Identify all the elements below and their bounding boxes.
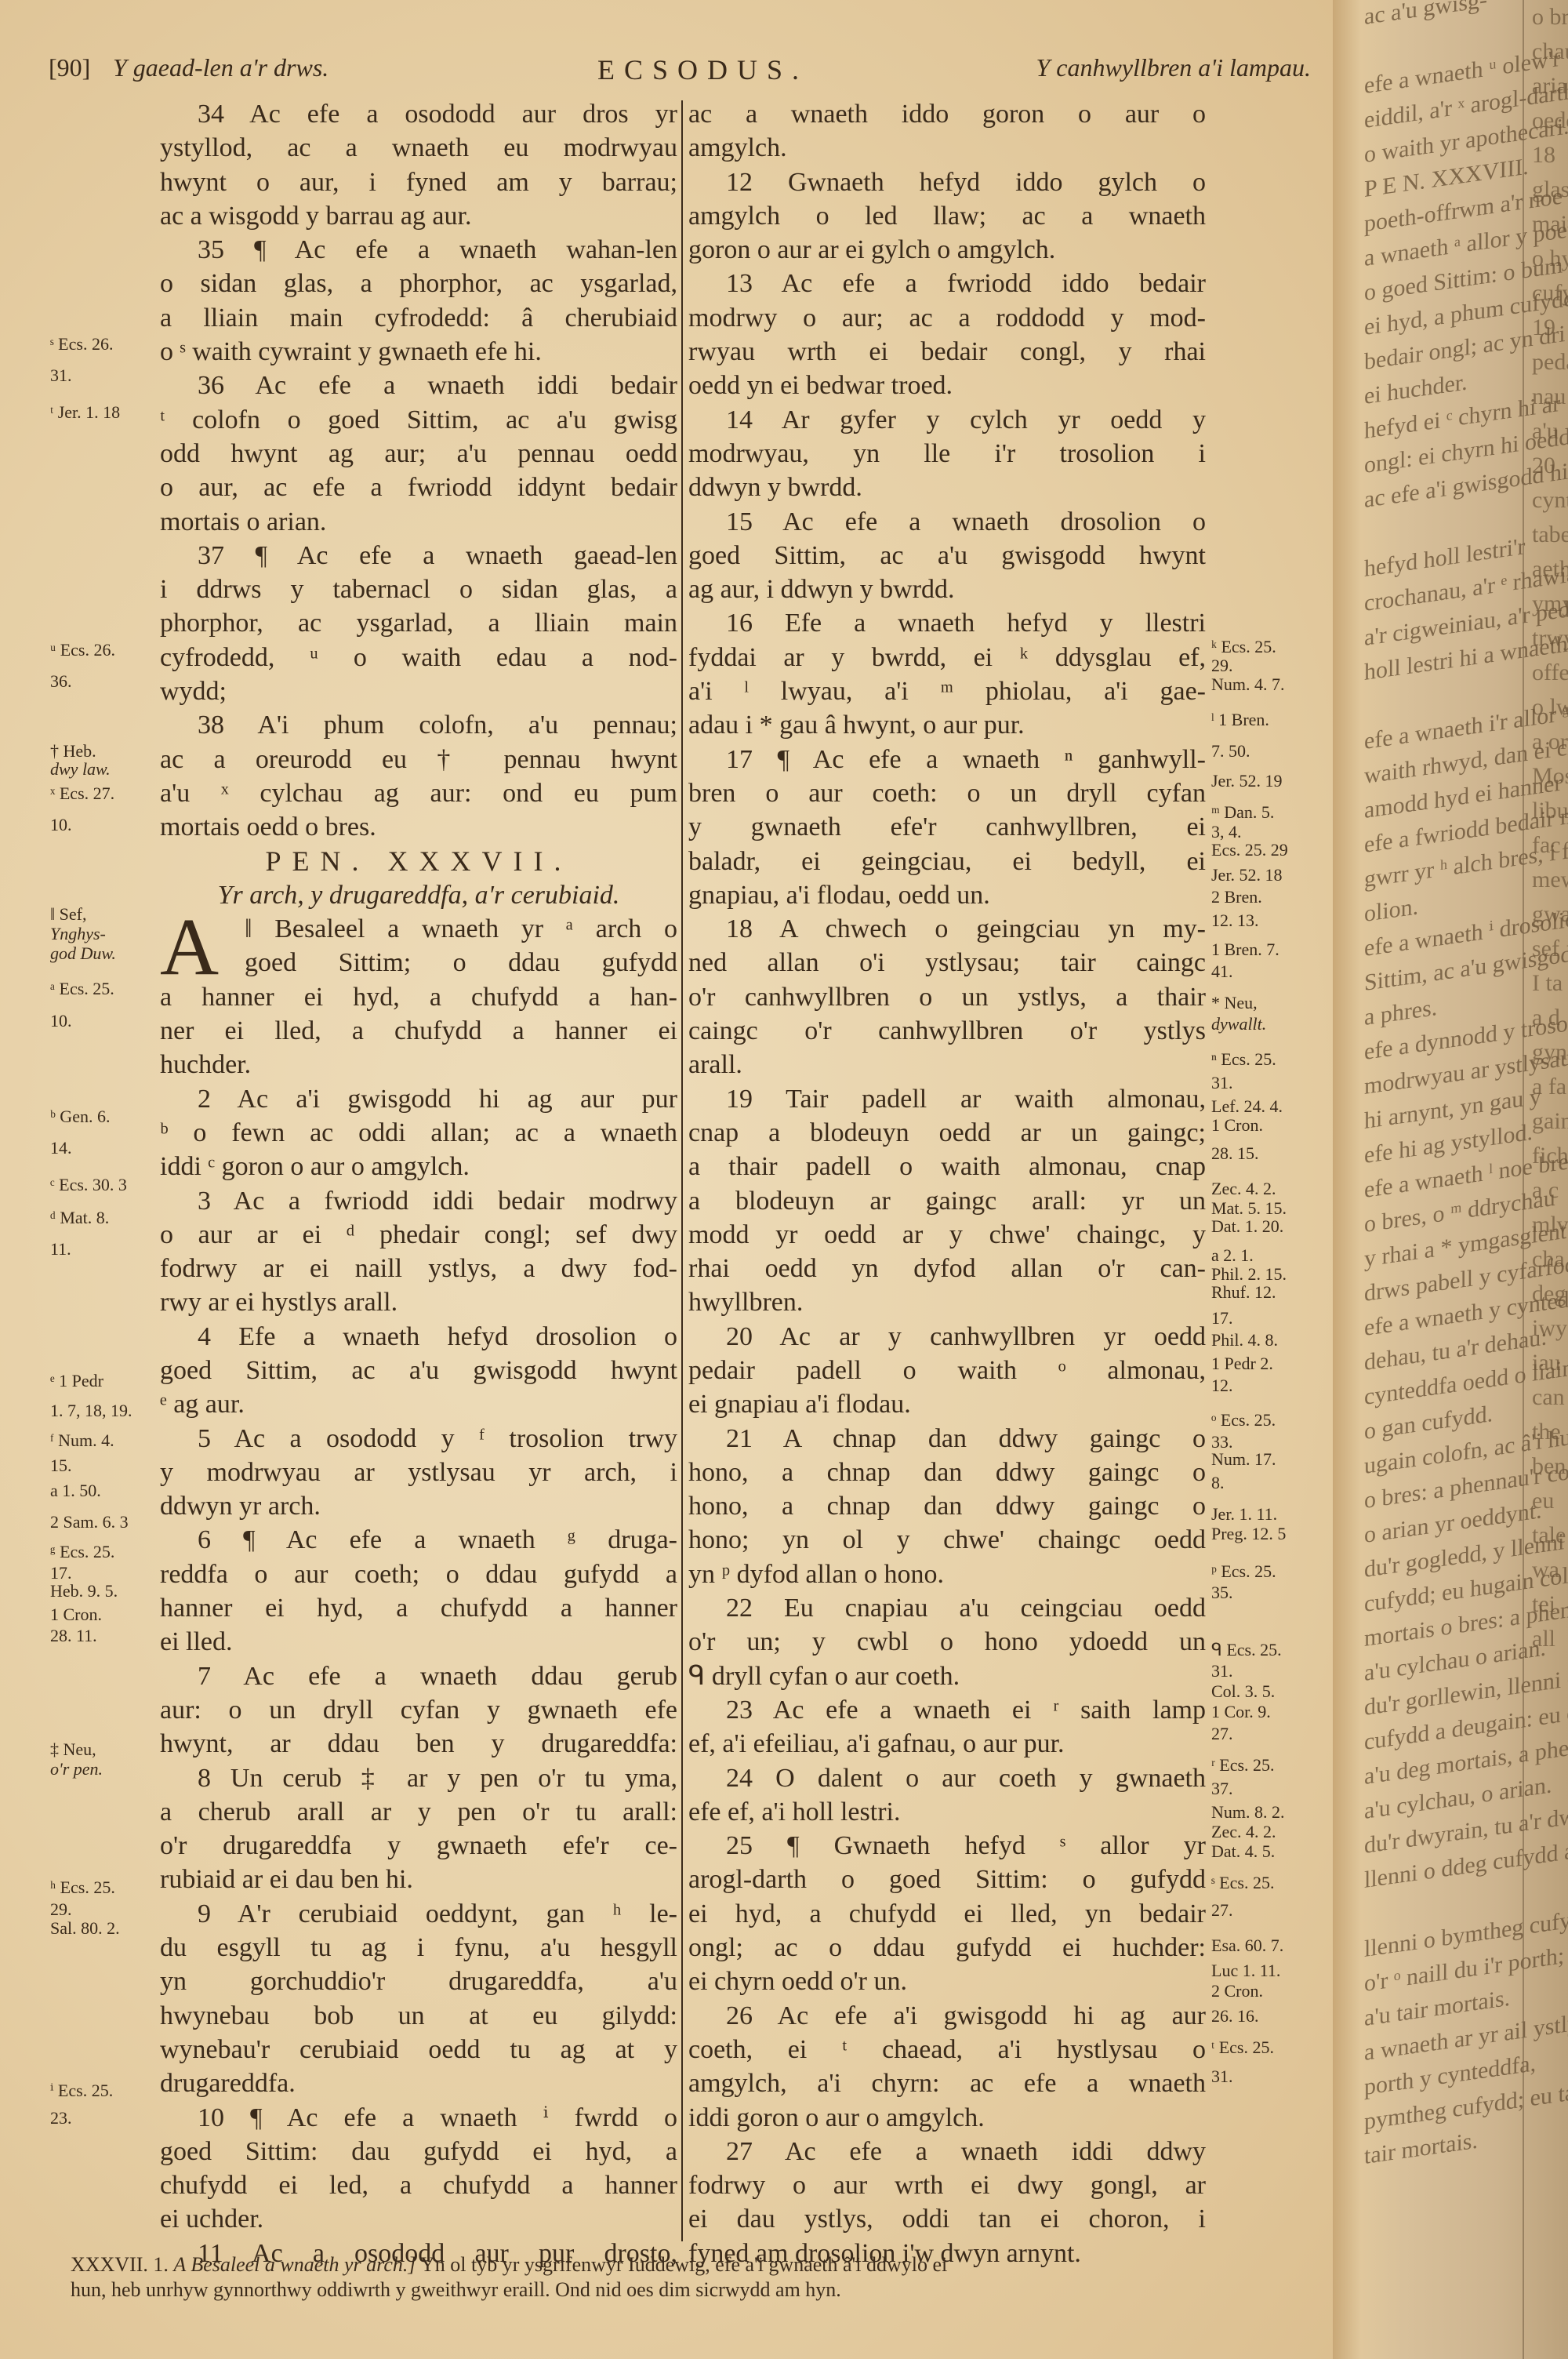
margin-reference: 17. — [50, 1565, 72, 1582]
text-line: reddfa o aur coeth; o ddau gufydd a — [160, 1558, 677, 1591]
text-line: caingc o'r canhwyllbren o'r ystlys — [688, 1014, 1206, 1048]
margin-reference: Num. 4. 7. — [1211, 676, 1285, 693]
text-line: ᵇ o fewn ac oddi allan; ac a wnaeth — [160, 1116, 677, 1150]
text-line: 4 Efe a wnaeth hefyd drosolion o — [160, 1320, 677, 1354]
text-line: a'i ˡ lwyau, a'i ᵐ phiolau, a'i gae- — [688, 674, 1206, 708]
adjacent-page-fragment: gwa — [1532, 897, 1568, 932]
text-line: 10 ¶ Ac efe a wnaeth ⁱ fwrdd o — [160, 2101, 677, 2135]
margin-reference: ᵍ Ecs. 25. — [50, 1543, 114, 1561]
margin-reference: Mat. 5. 15. — [1211, 1200, 1287, 1217]
adjacent-page-fragment: iau — [1532, 1346, 1568, 1380]
adjacent-page-fragment: cha — [1532, 1242, 1568, 1277]
text-line: ei chyrn oedd o'r un. — [688, 1965, 1206, 1998]
text-line: a hanner ei hyd, a chufydd a han- — [160, 980, 677, 1014]
text-line: du esgyll tu ag i fynu, a'u hesgyll — [160, 1931, 677, 1965]
text-line: hono, a chnap dan ddwy gaingc o — [688, 1489, 1206, 1523]
margin-reference: Ynghys- — [50, 925, 106, 943]
adjacent-page-text: ac a'u gwisg- efe a wnaeth ᵘ olew'reiddi… — [1364, 0, 1513, 2359]
margin-reference: 10. — [50, 1012, 72, 1030]
margin-reference: 7. 50. — [1211, 743, 1250, 760]
chapter-heading: PEN. XXXVII. — [160, 845, 677, 878]
text-line: odd hwynt ag aur; a'u pennau oedd — [160, 437, 677, 471]
margin-reference: 1. 7, 18, 19. — [50, 1402, 132, 1419]
text-line: goed Sittim, ac a'u gwisgodd hwynt — [688, 539, 1206, 572]
adjacent-page-fragment: mew — [1532, 863, 1568, 897]
footnote-ref: XXXVII. 1. — [71, 2253, 169, 2276]
adjacent-page-fragment: tei — [1532, 1587, 1568, 1622]
text-line: gnapiau, a'i flodau, oedd un. — [688, 878, 1206, 912]
text-line: o'r drugareddfa y gwnaeth efe'r ce- — [160, 1829, 677, 1863]
margin-reference: Num. 8. 2. — [1211, 1804, 1285, 1821]
text-line: ystyllod, ac a wnaeth eu modrwyau — [160, 131, 677, 165]
margin-reference: ˢ Ecs. 26. — [50, 336, 113, 353]
margin-reference: 27. — [1211, 1902, 1233, 1919]
margin-reference: * Neu, — [1211, 994, 1258, 1012]
margin-reference: Col. 3. 5. — [1211, 1683, 1275, 1700]
adjacent-page-fragment: fich — [1532, 1139, 1568, 1173]
text-line: 16 Efe a wnaeth hefyd y llestri — [688, 606, 1206, 640]
adjacent-page-fragment: sef — [1532, 932, 1568, 966]
text-line: 27 Ac efe a wnaeth iddi ddwy — [688, 2135, 1206, 2168]
margin-reference: Heb. 9. 5. — [50, 1583, 118, 1600]
text-line: drugareddfa. — [160, 2066, 677, 2100]
margin-reference: ⁱ Ecs. 25. — [50, 2082, 113, 2099]
text-line: modd yr oedd ar y chwe' chaingc, y — [688, 1218, 1206, 1252]
margin-reference: Preg. 12. 5 — [1211, 1525, 1286, 1543]
margin-reference: 23. — [50, 2110, 72, 2127]
adjacent-curled-page: ac a'u gwisg- efe a wnaeth ᵘ olew'reiddi… — [1333, 0, 1568, 2359]
left-running-title: Y gaead-len a'r drws. — [113, 53, 328, 82]
margin-reference: 26. 16. — [1211, 2008, 1259, 2025]
margin-reference: 29. — [50, 1901, 72, 1918]
margin-reference: 41. — [1211, 963, 1233, 980]
margin-reference: Lef. 24. 4. — [1211, 1098, 1283, 1115]
margin-reference: ᵉ 1 Pedr — [50, 1372, 103, 1390]
text-line: 7 Ac efe a wnaeth ddau gerub — [160, 1659, 677, 1693]
column-divider — [681, 100, 683, 2241]
text-line: 19 Tair padell ar waith almonau, — [688, 1082, 1206, 1116]
adjacent-page-fragment: 18 — [1532, 138, 1568, 173]
margin-reference: a 2. 1. — [1211, 1247, 1254, 1264]
text-line: pedair padell o waith ᵒ almonau, — [688, 1354, 1206, 1387]
text-line: ᵉ ag aur. — [160, 1387, 677, 1421]
text-line: huchder. — [160, 1048, 677, 1081]
margin-reference: 35. — [1211, 1584, 1233, 1601]
margin-reference: 1 Bren. 7. — [1211, 941, 1279, 958]
margin-reference: 33. — [1211, 1434, 1233, 1451]
text-line: ddwyn y bwrdd. — [688, 471, 1206, 504]
margin-reference: Phil. 4. 8. — [1211, 1332, 1278, 1349]
margin-reference: dywallt. — [1211, 1016, 1266, 1033]
adjacent-page-second-column: o breschauarianoedd18glas,maino hydcufyd… — [1532, 0, 1568, 1656]
text-line: 35 ¶ Ac efe a wnaeth wahan-len — [160, 233, 677, 267]
text-line: 15 Ac efe a wnaeth drosolion o — [688, 505, 1206, 539]
right-text-column: ac a wnaeth iddo goron o aur oamgylch.12… — [688, 97, 1206, 2270]
margin-reference: 14. — [50, 1140, 72, 1157]
margin-reference: † Heb. — [50, 743, 96, 760]
text-line: hono, a chnap dan ddwy gaingc o — [688, 1456, 1206, 1489]
left-text-column: 34 Ac efe a osododd aur dros yrystyllod,… — [160, 97, 677, 2270]
margin-reference: Rhuf. 12. — [1211, 1284, 1276, 1301]
margin-reference: Jer. 52. 18 — [1211, 867, 1282, 884]
text-line: modrwyau, yn lle i'r trosolion i — [688, 437, 1206, 471]
text-line: 13 Ac efe a fwriodd iddo bedair — [688, 267, 1206, 300]
text-line: coeth, ei ᵗ chaead, a'i hystlysau o — [688, 2033, 1206, 2066]
margin-reference: 37. — [1211, 1780, 1233, 1797]
text-line: efe ef, a'i holl lestri. — [688, 1795, 1206, 1829]
adjacent-page-fragment: mlv — [1532, 1208, 1568, 1242]
chapter-summary: Yr arch, y drugareddfa, a'r cerubiaid. — [160, 878, 677, 912]
margin-reference: 28. 11. — [50, 1627, 97, 1645]
text-line: goed Sittim, ac a'u gwisgodd hwynt — [160, 1354, 677, 1387]
adjacent-page-fragment: trwy — [1532, 621, 1568, 656]
margin-reference: ᵖ Ecs. 25. — [1211, 1563, 1276, 1580]
adjacent-page-fragment: 20 — [1532, 449, 1568, 483]
text-line: 38 A'i phum colofn, a'u pennau; — [160, 708, 677, 742]
margin-reference: ᵈ Mat. 8. — [50, 1209, 109, 1227]
text-line: yn ᵖ dyfod allan o hono. — [688, 1558, 1206, 1591]
margin-reference: Phil. 2. 15. — [1211, 1266, 1287, 1283]
text-line: 12 Gwnaeth hefyd iddo gylch o — [688, 165, 1206, 199]
text-line: 26 Ac efe a'i gwisgodd hi ag aur — [688, 1999, 1206, 2033]
margin-reference: 31. — [50, 367, 72, 384]
margin-reference: Luc 1. 11. — [1211, 1962, 1280, 1979]
margin-reference: 31. — [1211, 1074, 1233, 1092]
text-line: o aur ar ei ᵈ phedair congl; sef dwy — [160, 1218, 677, 1252]
text-line: 14 Ar gyfer y cylch yr oedd y — [688, 403, 1206, 437]
margin-reference: 15. — [50, 1457, 72, 1474]
adjacent-page-fragment: arian — [1532, 69, 1568, 104]
text-line: adau i * gau â hwynt, o aur pur. — [688, 708, 1206, 742]
text-line: 37 ¶ Ac efe a wnaeth gaead-len — [160, 539, 677, 572]
text-line: hwynt, ar ddau ben y drugareddfa: — [160, 1727, 677, 1761]
footnote-text: Yn ol tyb yr ysgrifenwyr Iuddewig, efe a… — [420, 2253, 947, 2276]
text-line: iddi ᶜ goron o aur o amgylch. — [160, 1150, 677, 1183]
text-line: modrwy o aur; ac a roddodd y mod- — [688, 301, 1206, 335]
text-line: 6 ¶ Ac efe a wnaeth ᵍ druga- — [160, 1523, 677, 1557]
text-line: ddwyn yr arch. — [160, 1489, 677, 1523]
text-line: cyfrodedd, ᵘ o waith edau a nod- — [160, 641, 677, 674]
text-line: a blodeuyn ar gaingc arall: yr un — [688, 1184, 1206, 1218]
margin-reference: ˣ Ecs. 27. — [50, 785, 114, 802]
margin-reference: ᵘ Ecs. 26. — [50, 642, 115, 659]
footnote-line-1: XXXVII. 1. A Besaleel a wnaeth yr arch.]… — [71, 2252, 1325, 2277]
text-line: y modrwyau ar ystlysau yr arch, i — [160, 1456, 677, 1489]
text-line: cnap a blodeuyn oedd ar un gaingc; — [688, 1116, 1206, 1150]
text-line: yn gorchuddio'r drugareddfa, a'u — [160, 1965, 677, 1998]
text-line: ongl; ac o ddau gufydd ei huchder: — [688, 1931, 1206, 1965]
text-line: 34 Ac efe a osododd aur dros yr — [160, 97, 677, 131]
adjacent-page-fragment: tabe — [1532, 518, 1568, 552]
adjacent-page-fragment: fac — [1532, 828, 1568, 863]
margin-reference: 1 Cron. — [1211, 1117, 1263, 1134]
text-line: 36 Ac efe a wnaeth iddi bedair — [160, 369, 677, 402]
adjacent-page-fragment: a or — [1532, 725, 1568, 759]
text-line: amgylch. — [688, 131, 1206, 165]
text-line: o'r un; y cwbl o hono ydoedd un — [688, 1625, 1206, 1659]
text-line: a'u ˣ cylchau ag aur: ond eu pum — [160, 776, 677, 810]
margin-reference: Jer. 1. 11. — [1211, 1506, 1277, 1523]
margin-reference: Zec. 4. 2. — [1211, 1180, 1276, 1198]
text-line: ac a wisgodd y barrau ag aur. — [160, 199, 677, 233]
text-line: mortais oedd o bres. — [160, 810, 677, 844]
text-line: rubiaid ar ei dau ben hi. — [160, 1863, 677, 1896]
page-number: [90] — [49, 53, 90, 82]
adjacent-page-fragment: main — [1532, 207, 1568, 242]
text-line: rwyau wrth ei bedair congl, y rhai — [688, 335, 1206, 369]
adjacent-page-fragment: can — [1532, 1380, 1568, 1415]
adjacent-page-column-divider — [1523, 0, 1524, 2359]
adjacent-page-fragment: iwy — [1532, 1311, 1568, 1346]
margin-reference: ˢ Ecs. 25. — [1211, 1874, 1274, 1892]
text-line: 8 Un cerub ‡ ar y pen o'r tu yma, — [160, 1761, 677, 1795]
margin-reference: ᵐ Dan. 5. — [1211, 804, 1274, 821]
margin-reference: ᶜ Ecs. 30. 3 — [50, 1176, 127, 1194]
text-line: A‖ Besaleel a wnaeth yr ᵃ arch o — [160, 912, 677, 946]
margin-reference: Dat. 4. 5. — [1211, 1843, 1275, 1860]
text-line: ag aur, i ddwyn y bwrdd. — [688, 572, 1206, 606]
text-line: y gwnaeth efe'r canhwyllbren, ei — [688, 810, 1206, 844]
text-line: a thair padell o waith almonau, cnap — [688, 1150, 1206, 1183]
adjacent-page-fragment: glas, — [1532, 173, 1568, 207]
text-line: ned allan o'i ystlysau; tair caingc — [688, 946, 1206, 980]
text-line: 17 ¶ Ac efe a wnaeth ⁿ ganhwyll- — [688, 743, 1206, 776]
text-line: rwy ar ei hystlys arall. — [160, 1285, 677, 1319]
text-line: o sidan glas, a phorphor, ac ysgarlad, — [160, 267, 677, 300]
adjacent-page-fragment: offe — [1532, 656, 1568, 690]
adjacent-page-fragment: I ta — [1532, 966, 1568, 1001]
text-line: hwynebau bob un at eu gilydd: — [160, 1999, 677, 2033]
margin-reference: 8. — [1211, 1474, 1225, 1492]
footnote: XXXVII. 1. A Besaleel a wnaeth yr arch.]… — [71, 2252, 1325, 2303]
text-line: arall. — [688, 1048, 1206, 1081]
text-line: ᑫ dryll cyfan o aur coeth. — [688, 1659, 1206, 1693]
text-line: rhai oedd yn dyfod allan o'r can- — [688, 1252, 1206, 1285]
text-line: ac a oreurodd eu † pennau hwynt — [160, 743, 677, 776]
adjacent-page-fragment: Mos — [1532, 759, 1568, 794]
text-line: hwynt o aur, i fyned am y barrau; — [160, 165, 677, 199]
text-line: mortais o arian. — [160, 505, 677, 539]
running-header: [90] Y gaead-len a'r drws. ECSODUS. Y ca… — [49, 53, 1303, 93]
margin-reference: 12. — [1211, 1377, 1233, 1394]
adjacent-page-fragment: wa — [1532, 1553, 1568, 1587]
text-line: ner ei lled, a chufydd a hanner ei — [160, 1014, 677, 1048]
margin-reference: 2 Cron. — [1211, 1983, 1263, 2000]
text-line: 25 ¶ Gwnaeth hefyd ˢ allor yr — [688, 1829, 1206, 1863]
margin-reference: 12. 13. — [1211, 912, 1259, 929]
text-line: amgylch, a'i chyrn: ac efe a wnaeth — [688, 2066, 1206, 2100]
margin-reference: 1 Cron. — [50, 1606, 102, 1623]
margin-reference: Num. 17. — [1211, 1451, 1276, 1468]
adjacent-page-fragment: aeth — [1532, 552, 1568, 587]
text-line: hanner ei hyd, a chufydd a hanner — [160, 1591, 677, 1625]
margin-reference: ᵇ Gen. 6. — [50, 1108, 110, 1125]
adjacent-page-fragment: o bres — [1532, 0, 1568, 35]
adjacent-page-fragment: gain — [1532, 1104, 1568, 1139]
book-title: ECSODUS. — [597, 53, 808, 86]
margin-reference: ʳ Ecs. 25. — [1211, 1757, 1275, 1774]
adjacent-page-fragment: a fa — [1532, 1070, 1568, 1104]
margin-reference: 10. — [50, 816, 72, 834]
text-line: 9 A'r cerubiaid oeddynt, gan ʰ le- — [160, 1897, 677, 1931]
text-line: hono; yn ol y chwe' chaingc oedd — [688, 1523, 1206, 1557]
footnote-line-2: hun, heb unrhyw gynnorthwy oddiwrth y gw… — [71, 2277, 1325, 2303]
margin-reference: dwy law. — [50, 761, 111, 778]
adjacent-page-fragment: libu — [1532, 794, 1568, 828]
margin-reference: 11. — [50, 1241, 71, 1258]
drop-cap: A — [160, 912, 219, 983]
adjacent-page-fragment: oedd — [1532, 104, 1568, 138]
text-line: ei hyd, a chufydd ei lled, yn bedair — [688, 1897, 1206, 1931]
text-line: goed Sittim; o ddau gufydd — [160, 946, 677, 980]
text-line: chufydd ei led, a chufydd a hanner — [160, 2168, 677, 2202]
adjacent-page-fragment: cynt — [1532, 483, 1568, 518]
text-line: hwyllbren. — [688, 1285, 1206, 1319]
text-line: bren o aur coeth: o un dryll cyfan — [688, 776, 1206, 810]
text-line: ei dau ystlys, oddi tan ei choron, i — [688, 2202, 1206, 2236]
margin-reference: 3, 4. — [1211, 823, 1242, 841]
adjacent-page-fragment: cufydd — [1532, 276, 1568, 311]
margin-reference: ˡ 1 Bren. — [1211, 711, 1269, 729]
adjacent-page-fragment: ymy — [1532, 587, 1568, 621]
adjacent-page-fragment: a'u — [1532, 414, 1568, 449]
margin-reference: ᑫ Ecs. 25. — [1211, 1641, 1282, 1659]
adjacent-page-fragment: pedai — [1532, 345, 1568, 380]
text-line: ac a wnaeth iddo goron o aur o — [688, 97, 1206, 131]
margin-reference: 36. — [50, 673, 72, 690]
margin-reference: 28. 15. — [1211, 1145, 1259, 1162]
text-line: i ddrws y tabernacl o sidan glas, a — [160, 572, 677, 606]
margin-reference: ‖ Sef, — [50, 906, 87, 923]
text-line: 3 Ac a fwriodd iddi bedair modrwy — [160, 1184, 677, 1218]
margin-reference: 29. — [1211, 657, 1233, 674]
margin-reference: 31. — [1211, 1663, 1233, 1680]
margin-reference: 31. — [1211, 2068, 1233, 2085]
margin-reference: Ecs. 25. 29 — [1211, 841, 1288, 859]
text-line: o aur, ac efe a fwriodd iddynt bedair — [160, 471, 677, 504]
text-line: fodrwy ar ei naill ystlys, a dwy fod- — [160, 1252, 677, 1285]
margin-reference: Zec. 4. 2. — [1211, 1823, 1276, 1841]
adjacent-page-fragment: nau — [1532, 380, 1568, 414]
margin-reference: 17. — [1211, 1310, 1233, 1327]
margin-reference: a 1. 50. — [50, 1482, 101, 1499]
adjacent-page-fragment: o lw — [1532, 690, 1568, 725]
text-line: fodrwy o aur wrth ei dwy gongl, ar — [688, 2168, 1206, 2202]
text-line: iddi goron o aur o amgylch. — [688, 2101, 1206, 2135]
text-line: phorphor, ac ysgarlad, a lliain main — [160, 606, 677, 640]
text-line: ᵗ colofn o goed Sittim, ac a'u gwisg — [160, 403, 677, 437]
text-line: baladr, ei geingciau, ei bedyll, ei — [688, 845, 1206, 878]
text-line: a lliain main cyfrodedd: â cherubiaid — [160, 301, 677, 335]
margin-reference: ᵗ Ecs. 25. — [1211, 2039, 1274, 2056]
footnote-lemma: A Besaleel a wnaeth yr arch.] — [173, 2253, 416, 2276]
margin-reference: 27. — [1211, 1725, 1233, 1743]
text-line: goed Sittim: dau gufydd ei hyd, a — [160, 2135, 677, 2168]
adjacent-page-fragment: all — [1532, 1622, 1568, 1656]
text-line: 20 Ac ar y canhwyllbren yr oedd — [688, 1320, 1206, 1354]
text-line: ei gnapiau a'i flodau. — [688, 1387, 1206, 1421]
margin-reference: Jer. 52. 19 — [1211, 772, 1282, 790]
text-line: 2 Ac a'i gwisgodd hi ag aur pur — [160, 1082, 677, 1116]
adjacent-page-fragment: ben — [1532, 1449, 1568, 1484]
text-line: 22 Eu cnapiau a'u ceingciau oedd — [688, 1591, 1206, 1625]
margin-reference: Esa. 60. 7. — [1211, 1937, 1283, 1954]
text-line: o ˢ waith cywraint y gwnaeth efe hi. — [160, 335, 677, 369]
margin-reference: ᵃ Ecs. 25. — [50, 980, 114, 998]
adjacent-page-fragment: o hyd — [1532, 242, 1568, 276]
text-line: 18 A chwech o geingciau yn my- — [688, 912, 1206, 946]
adjacent-page-fragment: deg — [1532, 1277, 1568, 1311]
text-line: amgylch o led llaw; ac a wnaeth — [688, 199, 1206, 233]
document-page: [90] Y gaead-len a'r drws. ECSODUS. Y ca… — [0, 0, 1333, 2359]
text-line: ei uchder. — [160, 2202, 677, 2236]
adjacent-page-fragment: the — [1532, 1415, 1568, 1449]
text-line: 23 Ac efe a wnaeth ei ʳ saith lamp — [688, 1693, 1206, 1727]
margin-reference: ᵏ Ecs. 25. — [1211, 638, 1276, 656]
adjacent-page-fragment: a d — [1532, 1001, 1568, 1035]
adjacent-page-fragment: chau — [1532, 35, 1568, 69]
margin-reference: 2 Sam. 6. 3 — [50, 1514, 129, 1531]
adjacent-page-fragment: tale — [1532, 1518, 1568, 1553]
text-line: ef, a'i efeiliau, a'i gafnau, o aur pur. — [688, 1727, 1206, 1761]
margin-reference: Sal. 80. 2. — [50, 1920, 120, 1937]
adjacent-page-fragment: eu — [1532, 1484, 1568, 1518]
margin-reference: ᵒ Ecs. 25. — [1211, 1412, 1276, 1429]
text-line: o'r canhwyllbren o un ystlys, a thair — [688, 980, 1206, 1014]
margin-reference: ⁿ Ecs. 25. — [1211, 1051, 1276, 1068]
text-line: goron o aur ar ei gylch o amgylch. — [688, 233, 1206, 267]
right-running-title: Y canhwyllbren a'i lampau. — [1036, 53, 1311, 82]
margin-reference: god Duw. — [50, 945, 116, 962]
margin-reference: 1 Pedr 2. — [1211, 1355, 1273, 1372]
text-line: arogl-darth o goed Sittim: o gufydd — [688, 1863, 1206, 1896]
text-line: 21 A chnap dan ddwy gaingc o — [688, 1422, 1206, 1456]
margin-reference: Dat. 1. 20. — [1211, 1218, 1283, 1235]
text-line: 24 O dalent o aur coeth y gwnaeth — [688, 1761, 1206, 1795]
text-line: oedd yn ei bedwar troed. — [688, 369, 1206, 402]
text-line: aur: o un dryll cyfan y gwnaeth efe — [160, 1693, 677, 1727]
margin-reference: 2 Bren. — [1211, 889, 1262, 906]
margin-reference: ᵗ Jer. 1. 18 — [50, 404, 120, 421]
margin-reference: o'r pen. — [50, 1761, 103, 1778]
margin-reference: ᶠ Num. 4. — [50, 1432, 114, 1449]
margin-reference: ʰ Ecs. 25. — [50, 1879, 115, 1896]
adjacent-page-fragment: gyn — [1532, 1035, 1568, 1070]
text-line: a cherub arall ar y pen o'r tu arall: — [160, 1795, 677, 1829]
text-line: wydd; — [160, 674, 677, 708]
adjacent-page-fragment: 19 — [1532, 311, 1568, 345]
adjacent-page-fragment: a c — [1532, 1173, 1568, 1208]
margin-reference: 1 Cor. 9. — [1211, 1703, 1271, 1721]
text-line: wynebau'r cerubiaid oedd tu ag at y — [160, 2033, 677, 2066]
margin-reference: ‡ Neu, — [50, 1741, 96, 1758]
text-line: fyddai ar y bwrdd, ei ᵏ ddysglau ef, — [688, 641, 1206, 674]
text-line: 5 Ac a osododd y ᶠ trosolion trwy — [160, 1422, 677, 1456]
text-line: ei lled. — [160, 1625, 677, 1659]
